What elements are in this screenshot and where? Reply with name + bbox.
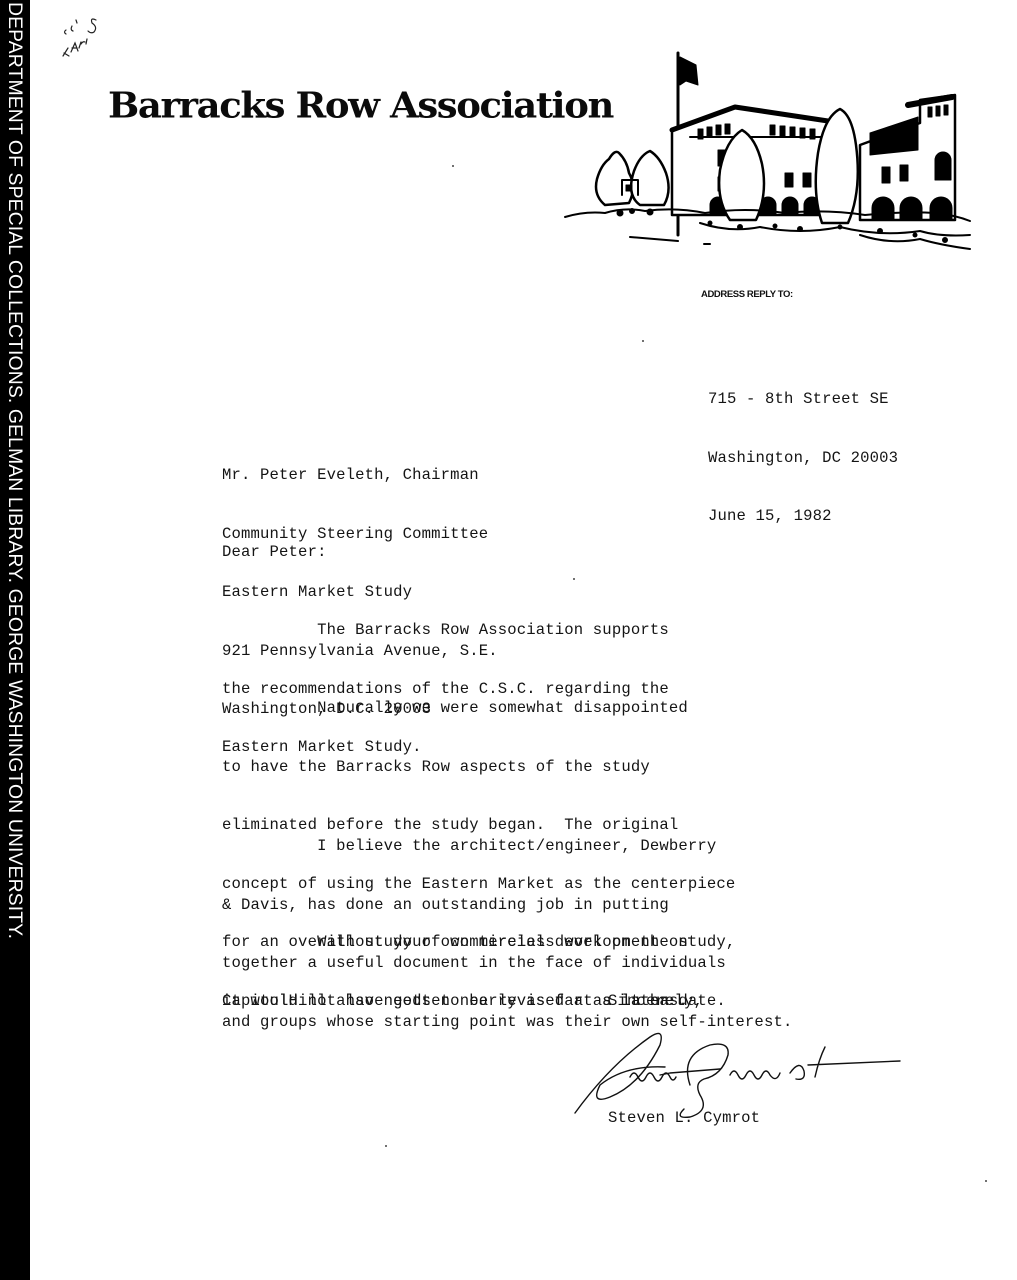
closing: Sincerely, [608, 992, 703, 1012]
body-line: I believe the architect/engineer, Dewber… [222, 837, 792, 857]
handwritten-note-icon [58, 6, 128, 66]
recipient-name: Mr. Peter Eveleth, Chairman [222, 466, 498, 486]
building-streetscape-icon [560, 45, 980, 260]
return-address-street: 715 - 8th Street SE [708, 390, 898, 410]
return-address: 715 - 8th Street SE Washington, DC 20003… [708, 351, 898, 546]
organization-name: Barracks Row Association [108, 84, 613, 126]
body-line: The Barracks Row Association supports [222, 621, 669, 641]
scan-speck [452, 165, 454, 167]
body-line: to have the Barracks Row aspects of the … [222, 758, 735, 778]
scan-speck [573, 578, 575, 580]
scan-speck [688, 937, 690, 939]
scan-speck [642, 340, 644, 342]
signer-name: Steven L. Cymrot [608, 1109, 760, 1129]
scan-speck [385, 1145, 387, 1147]
body-line: Without your own tireless work on the st… [222, 933, 735, 953]
address-reply-label: ADDRESS REPLY TO: [701, 289, 793, 300]
recipient-committee: Community Steering Committee [222, 525, 498, 545]
letter-date: June 15, 1982 [708, 507, 898, 527]
scan-speck [985, 1180, 987, 1182]
body-line: Naturally we were somewhat disappointed [222, 699, 735, 719]
scan-speck [510, 1001, 512, 1003]
archive-side-strip: DEPARTMENT OF SPECIAL COLLECTIONS. GELMA… [0, 0, 30, 1280]
return-address-city: Washington, DC 20003 [708, 449, 898, 469]
salutation: Dear Peter: [222, 543, 327, 563]
archive-credit-text: DEPARTMENT OF SPECIAL COLLECTIONS. GELMA… [0, 2, 30, 939]
